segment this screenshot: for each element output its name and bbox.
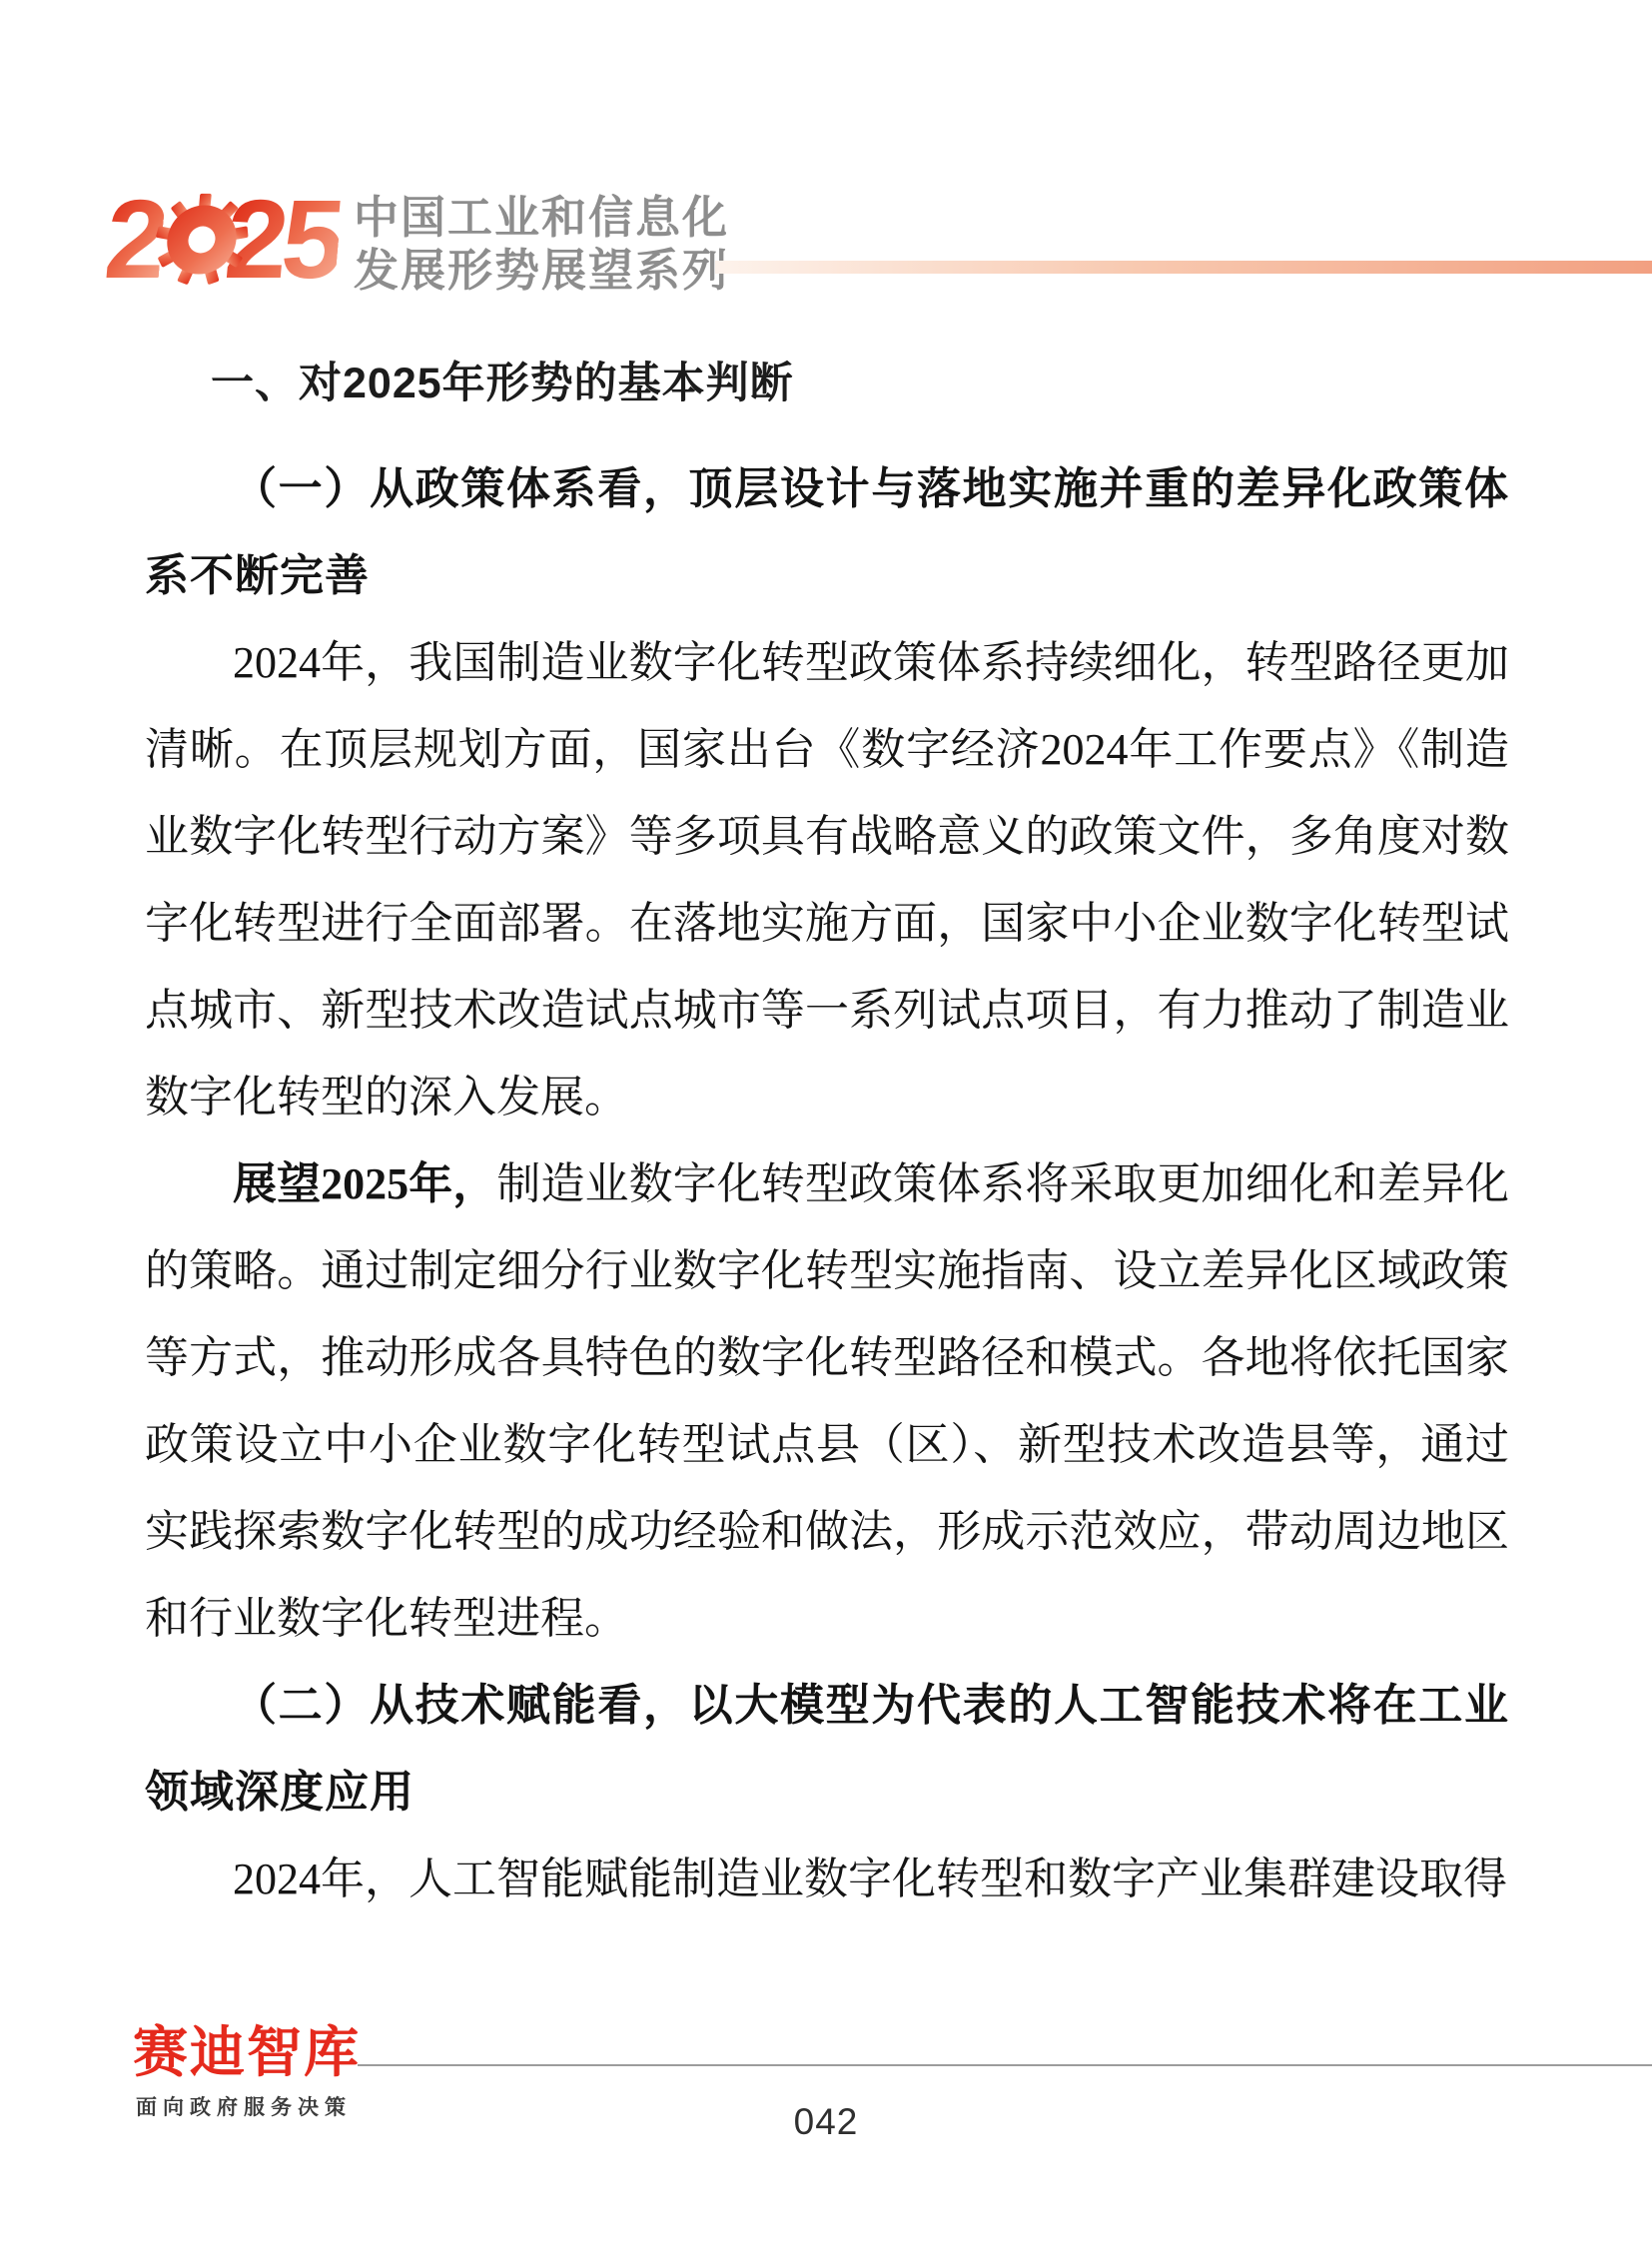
paragraph-1: 2024年，我国制造业数字化转型政策体系持续细化，转型路径更加清晰。在顶层规划方… — [145, 619, 1509, 1140]
header-gradient-bar — [715, 261, 1652, 274]
series-title-line2: 发展形势展望系列 — [354, 244, 729, 297]
series-title: 中国工业和信息化 发展形势展望系列 — [354, 191, 729, 297]
page-number: 042 — [0, 2101, 1652, 2143]
gear-icon — [150, 192, 254, 288]
main-content: 一、对2025年形势的基本判断 （一）从政策体系看，顶层设计与落地实施并重的差异… — [145, 356, 1509, 1922]
section-heading: 一、对2025年形势的基本判断 — [211, 356, 1509, 411]
subsection-1-heading: （一）从政策体系看，顶层设计与落地实施并重的差异化政策体系不断完善 — [145, 445, 1509, 619]
paragraph-2-lead: 展望2025年， — [233, 1159, 496, 1208]
paragraph-2-rest: 制造业数字化转型政策体系将采取更加细化和差异化的策略。通过制定细分行业数字化转型… — [145, 1159, 1509, 1643]
document-page: 2 — [0, 0, 1652, 2241]
paragraph-2: 展望2025年，制造业数字化转型政策体系将采取更加细化和差异化的策略。通过制定细… — [145, 1140, 1509, 1662]
text-flow: （一）从政策体系看，顶层设计与落地实施并重的差异化政策体系不断完善 2024年，… — [145, 445, 1509, 1922]
paragraph-3: 2024年，人工智能赋能制造业数字化转型和数字产业集群建设取得 — [145, 1836, 1509, 1922]
logo-2025: 2 — [102, 190, 344, 290]
series-title-line1: 中国工业和信息化 — [354, 191, 729, 244]
subsection-2-heading: （二）从技术赋能看，以大模型为代表的人工智能技术将在工业领域深度应用 — [145, 1662, 1509, 1836]
footer-divider-line — [358, 2064, 1652, 2066]
brand-logo: 赛迪智库 — [133, 2023, 361, 2081]
